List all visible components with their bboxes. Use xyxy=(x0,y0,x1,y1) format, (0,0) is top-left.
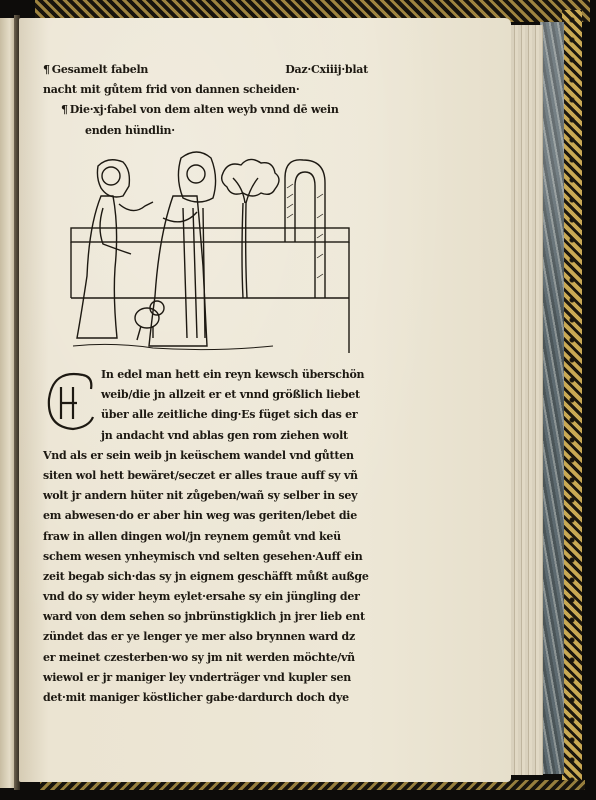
running-head: ¶Gesamelt fabeln Daz·Cxiiij·blat xyxy=(43,60,368,80)
folio-number: Daz·Cxiiij·blat xyxy=(285,60,368,80)
body-line: wiewol er jr maniger ley vnderträger vnd… xyxy=(43,668,373,688)
body-line: wolt jr andern hüter nit zůgeben/wañ sy … xyxy=(43,486,373,506)
body-line: fraw in allen dingen wol/jn reynem gemůt… xyxy=(43,527,373,547)
chapter-heading-cont: enden hündlin· xyxy=(43,121,368,141)
text-line: nacht mit gůtem frid von dannen scheiden… xyxy=(43,80,368,100)
binding-right-border xyxy=(562,10,582,780)
decorated-initial-letter xyxy=(43,367,97,433)
body-line: em abwesen·do er aber hin weg was gerite… xyxy=(43,506,373,526)
pilcrow-icon: ¶ xyxy=(61,103,68,116)
running-head-left: Gesamelt fabeln xyxy=(52,63,148,76)
body-line: det·mit maniger köstlicher gabe·dardurch… xyxy=(43,688,373,708)
page-edges xyxy=(510,25,543,775)
body-line: er meinet czesterben·wo sy jm nit werden… xyxy=(43,648,373,668)
text-header-block: ¶Gesamelt fabeln Daz·Cxiiij·blat nacht m… xyxy=(43,60,368,141)
body-line: zeit begab sich·das sy jn eignem geschäf… xyxy=(43,567,373,587)
body-line: ward von dem sehen so jnbrünstigklich jn… xyxy=(43,607,373,627)
pilcrow-icon: ¶ xyxy=(43,63,50,76)
woodcut-illustration xyxy=(63,148,351,356)
chapter-heading: ¶Die·xj·fabel von dem alten weyb vnnd dē… xyxy=(43,100,368,120)
body-line: schem wesen ynheymisch vnd selten gesehe… xyxy=(43,547,373,567)
body-text-block: In edel man hett ein reyn kewsch übersch… xyxy=(43,365,373,708)
marbled-endpaper xyxy=(540,22,564,774)
body-line: Vnd als er sein weib jn keüschem wandel … xyxy=(43,446,373,466)
body-line: zündet das er ye lenger ye mer also bryn… xyxy=(43,627,373,647)
body-line: siten wol hett bewäret/seczet er alles t… xyxy=(43,466,373,486)
body-line: vnd do sy wider heym eylet·ersahe sy ein… xyxy=(43,587,373,607)
